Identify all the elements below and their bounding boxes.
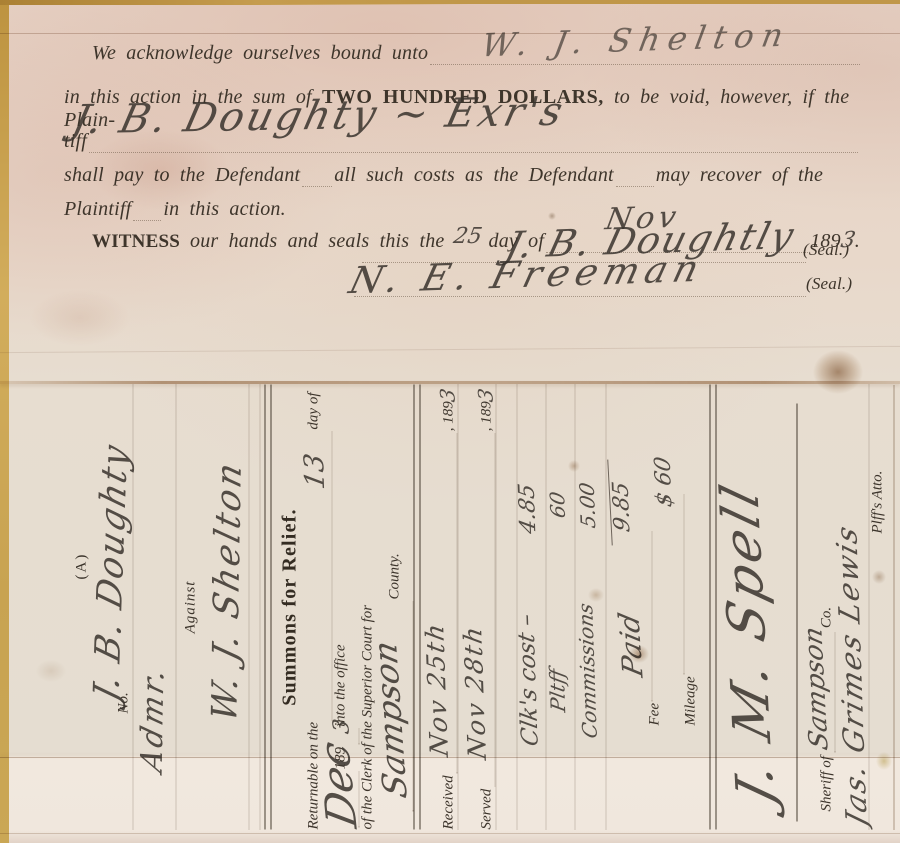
returnable-1b: day of [306,393,323,430]
spacer [182,230,188,253]
mileage-label: Mileage [683,676,700,725]
served-row: Served Nov 28th , 189 3 [459,385,497,830]
cost-row-2 [547,385,576,830]
hw-returnable-county: Sampson [368,638,412,801]
costs-block: Clk's cost – 4.85 Pltff 60 Commissions 5… [518,385,632,830]
hw-obligee-name: W. J. Shelton [479,19,794,62]
costs-b: all such costs as the Defendant [334,164,614,187]
cost-row-1 [518,385,547,830]
served-year-printed: , 189 [479,401,496,431]
double-rule [710,385,717,830]
mileage-row: Mileage $ 60 [664,385,700,830]
hw-cost-value-2: 60 [547,490,568,519]
double-rule [414,385,421,830]
double-rule [265,385,272,830]
received-row: Received Nov 25th , 189 3 [421,385,459,830]
hw-returnable-day: 13 [301,452,329,491]
served-label: Served [479,789,496,830]
hw-plaintiff-name: J. B. Doughty [90,440,134,706]
bond-line-costs: shall pay to the Defendant all such cost… [64,164,860,187]
returnable-4b: County. [387,553,404,599]
caption-line-4 [250,385,261,830]
sheriff-county-blank: Sampson [798,632,836,752]
attorney-signature-line [868,385,870,830]
seal-label-2: (Seal.) [806,274,852,294]
acknowledge-text: We acknowledge ourselves bound unto [92,42,428,65]
received-year-printed: , 189 [441,401,458,431]
docket-marker: (A) [74,553,91,580]
blank-leader [302,164,332,187]
served-blank: Nov 28th [459,433,496,786]
hw-defendant-name: W. J. Shelton [208,457,248,726]
docket-panel: (A) No. Against J. B. Doughty Admr. W. J… [55,385,895,830]
plaintiff-b: in this action. [163,198,285,221]
received-label: Received [441,775,458,829]
witness-word: WITNESS [92,231,180,253]
sheriff-of-label: Sheriff of [819,756,836,811]
costs-c: may recover of the [656,164,823,187]
attorney-label: Plff's Atto. [870,471,887,534]
hw-cost-label-1: Clk's cost – [515,612,543,748]
hw-plaintiff-name-front: J. B. Doughty ~ Exr's [68,92,569,141]
hw-mileage-value: $ 60 [653,455,677,508]
docket-marker-row: (A) [55,385,91,830]
bond-section: We acknowledge ourselves bound unto W. J… [0,0,900,385]
mileage-blank: $ 60 [664,494,685,674]
fee-blank: Paid [632,531,653,701]
seal-label-1: (Seal.) [803,240,849,260]
against-label: Against [182,581,199,634]
hw-returnable-month: Dec [313,739,363,830]
received-blank: Nov 25th [421,433,458,773]
hw-sheriff-county: Sampson [800,624,832,752]
case-caption: No. Against J. B. Doughty Admr. W. J. Sh… [91,385,261,830]
hw-received-date: Nov 25th [422,620,452,758]
returnable-block: Returnable on the day of 189 into the of… [306,385,414,830]
sheriff-title-row: Sheriff of Sampson Co. [798,385,836,830]
hw-cost-label-3: Commissions [575,601,600,739]
fee-label: Fee [647,703,664,725]
blank-leader [133,198,161,221]
fee-row: Fee Paid [632,385,664,830]
hw-sheriff-signature: J. M. Spell [714,477,782,809]
hw-cost-value-1: 4.85 [517,482,541,535]
hw-attorney-signature: Jas. Grimes Lewis [832,521,871,829]
bond-line-plaintiff: Plaintiff in this action. [64,198,484,221]
plaintiff-a: Plaintiff [64,198,131,221]
blank-ruled-row [497,385,518,830]
sheriff-signature-block: J. M. Spell [717,385,797,830]
hw-cost-value-3: 5.00 [577,481,599,529]
costs-a: shall pay to the Defendant [64,164,300,187]
docket-bottom-line [890,385,895,830]
hw-fee-value: Paid [615,610,647,678]
returnable-2b: into the office [333,645,350,727]
hw-plaintiff-title: Admr. [138,663,170,775]
blank-leader [616,164,654,187]
hw-served-date: Nov 28th [460,623,490,761]
attorney-block: Jas. Grimes Lewis Plff's Atto. [836,385,890,830]
document-photo: We acknowledge ourselves bound unto W. J… [0,0,900,843]
against-row: Against [177,385,205,830]
hw-cost-label-2: Pltff [547,668,568,714]
